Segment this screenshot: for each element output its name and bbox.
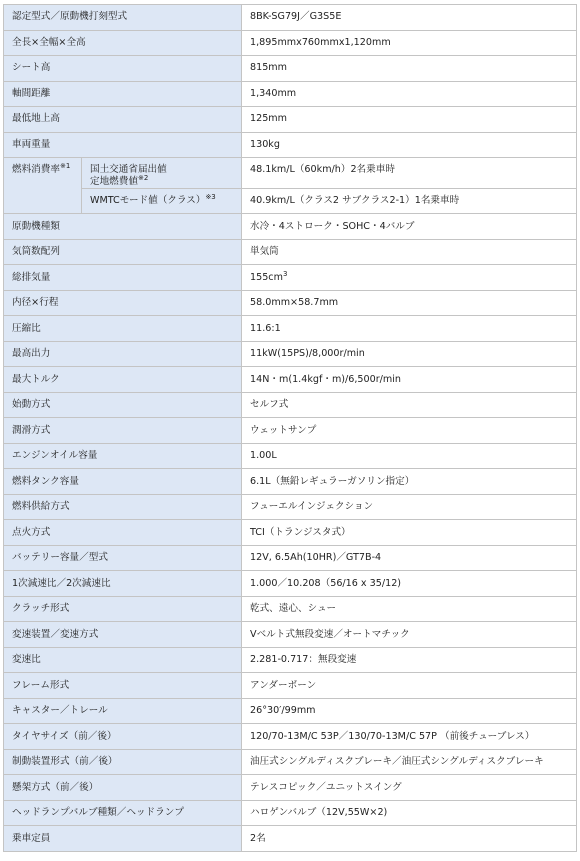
table-row: 全長×全幅×全高1,895mmx760mmx1,120mm: [4, 30, 577, 56]
row-label: 車両重量: [4, 132, 242, 158]
fuel-sub-label-wmtc: WMTCモード値（クラス）※3: [82, 188, 242, 214]
row-label: フレーム形式: [4, 673, 242, 699]
table-row: シート高815mm: [4, 56, 577, 82]
fuel-sub-label-line1: WMTCモード値（クラス）: [90, 195, 205, 206]
table-row: 最低地上高125mm: [4, 107, 577, 133]
row-label: 1次減速比／2次減速比: [4, 571, 242, 597]
table-row: 最高出力11kW(15PS)/8,000r/min: [4, 341, 577, 367]
fuel-row-wmtc: WMTCモード値（クラス）※3 40.9km/L（クラス2 サブクラス2-1）1…: [4, 188, 577, 214]
footnote-mark: ※3: [205, 193, 215, 201]
row-label: ヘッドランプバルブ種類／ヘッドランプ: [4, 800, 242, 826]
row-value: 815mm: [242, 56, 577, 82]
fuel-sub-label-line2: 定地燃費値: [90, 176, 138, 187]
row-value: 130kg: [242, 132, 577, 158]
row-label: 制動装置形式（前／後）: [4, 749, 242, 775]
row-value: 11.6:1: [242, 316, 577, 342]
footnote-mark: ※2: [138, 174, 148, 182]
row-label: 変速比: [4, 647, 242, 673]
row-value: ウェットサンプ: [242, 418, 577, 444]
row-label: 軸間距離: [4, 81, 242, 107]
displacement-value: 155cm: [250, 272, 283, 283]
row-label: 気筒数配列: [4, 239, 242, 265]
row-value: Vベルト式無段変速／オートマチック: [242, 622, 577, 648]
row-value: TCI（トランジスタ式）: [242, 520, 577, 546]
row-value: 125mm: [242, 107, 577, 133]
row-label: 圧縮比: [4, 316, 242, 342]
table-row: 変速比2.281-0.717：無段変速: [4, 647, 577, 673]
row-label: 始動方式: [4, 392, 242, 418]
spec-table: 認定型式／原動機打刻型式8BK-SG79J／G3S5E 全長×全幅×全高1,89…: [3, 4, 577, 852]
table-row: 始動方式セルフ式: [4, 392, 577, 418]
row-label: バッテリー容量／型式: [4, 545, 242, 571]
table-row: 1次減速比／2次減速比1.000／10.208（56/16 x 35/12): [4, 571, 577, 597]
row-label: エンジンオイル容量: [4, 443, 242, 469]
row-value: 2.281-0.717：無段変速: [242, 647, 577, 673]
fuel-label-text: 燃料消費率: [12, 164, 60, 175]
row-value: セルフ式: [242, 392, 577, 418]
row-label: 変速装置／変速方式: [4, 622, 242, 648]
table-row: 懸架方式（前／後）テレスコピック／ユニットスイング: [4, 775, 577, 801]
footnote-mark: ※1: [60, 162, 70, 170]
table-row: クラッチ形式乾式、遠心、シュー: [4, 596, 577, 622]
row-label: 認定型式／原動機打刻型式: [4, 5, 242, 31]
row-value: 1,895mmx760mmx1,120mm: [242, 30, 577, 56]
fuel-sub-label-line1: 国土交通省届出値: [90, 164, 167, 175]
table-row: 最大トルク14N・m(1.4kgf・m)/6,500r/min: [4, 367, 577, 393]
row-value: 14N・m(1.4kgf・m)/6,500r/min: [242, 367, 577, 393]
table-row: 潤滑方式ウェットサンプ: [4, 418, 577, 444]
table-row: 総排気量155cm3: [4, 265, 577, 291]
row-label: 最低地上高: [4, 107, 242, 133]
row-label: 内径×行程: [4, 290, 242, 316]
row-label: 懸架方式（前／後）: [4, 775, 242, 801]
fuel-consumption-label: 燃料消費率※1: [4, 158, 82, 214]
spec-table-container: 認定型式／原動機打刻型式8BK-SG79J／G3S5E 全長×全幅×全高1,89…: [3, 4, 576, 852]
row-value: 6.1L（無鉛レギュラーガソリン指定）: [242, 469, 577, 495]
row-value: 58.0mm×58.7mm: [242, 290, 577, 316]
row-label: シート高: [4, 56, 242, 82]
table-row: 圧縮比11.6:1: [4, 316, 577, 342]
row-value: 1.000／10.208（56/16 x 35/12): [242, 571, 577, 597]
table-row: 内径×行程58.0mm×58.7mm: [4, 290, 577, 316]
row-value: 単気筒: [242, 239, 577, 265]
row-label: 燃料タンク容量: [4, 469, 242, 495]
table-row: キャスター／トレール26°30′/99mm: [4, 698, 577, 724]
table-row: バッテリー容量／型式12V, 6.5Ah(10HR)／GT7B-4: [4, 545, 577, 571]
fuel-row-official: 燃料消費率※1 国土交通省届出値 定地燃費値※2 48.1km/L（60km/h…: [4, 158, 577, 189]
table-row: 変速装置／変速方式Vベルト式無段変速／オートマチック: [4, 622, 577, 648]
row-value: アンダーボーン: [242, 673, 577, 699]
table-row: 車両重量130kg: [4, 132, 577, 158]
table-row: 燃料供給方式フューエルインジェクション: [4, 494, 577, 520]
table-row: 燃料タンク容量6.1L（無鉛レギュラーガソリン指定）: [4, 469, 577, 495]
row-value: 12V, 6.5Ah(10HR)／GT7B-4: [242, 545, 577, 571]
row-label: 潤滑方式: [4, 418, 242, 444]
row-label: 最高出力: [4, 341, 242, 367]
row-label: クラッチ形式: [4, 596, 242, 622]
row-value: テレスコピック／ユニットスイング: [242, 775, 577, 801]
row-value: 8BK-SG79J／G3S5E: [242, 5, 577, 31]
row-value: 155cm3: [242, 265, 577, 291]
row-label: 燃料供給方式: [4, 494, 242, 520]
fuel-value-official: 48.1km/L（60km/h）2名乗車時: [242, 158, 577, 189]
row-label: 点火方式: [4, 520, 242, 546]
table-row: エンジンオイル容量1.00L: [4, 443, 577, 469]
table-row: 制動装置形式（前／後）油圧式シングルディスクブレーキ／油圧式シングルディスクブレ…: [4, 749, 577, 775]
table-row: フレーム形式アンダーボーン: [4, 673, 577, 699]
cubic-superscript: 3: [283, 270, 287, 278]
fuel-value-wmtc: 40.9km/L（クラス2 サブクラス2-1）1名乗車時: [242, 188, 577, 214]
row-label: 乗車定員: [4, 826, 242, 852]
row-value: 11kW(15PS)/8,000r/min: [242, 341, 577, 367]
row-value: 乾式、遠心、シュー: [242, 596, 577, 622]
row-value: 1,340mm: [242, 81, 577, 107]
row-label: タイヤサイズ（前／後）: [4, 724, 242, 750]
row-value: 2名: [242, 826, 577, 852]
row-value: 1.00L: [242, 443, 577, 469]
table-row: 軸間距離1,340mm: [4, 81, 577, 107]
row-value: 水冷・4ストローク・SOHC・4バルブ: [242, 214, 577, 240]
table-row: 原動機種類水冷・4ストローク・SOHC・4バルブ: [4, 214, 577, 240]
table-row: 気筒数配列単気筒: [4, 239, 577, 265]
row-value: フューエルインジェクション: [242, 494, 577, 520]
row-value: 26°30′/99mm: [242, 698, 577, 724]
row-value: ハロゲンバルブ（12V,55W×2): [242, 800, 577, 826]
fuel-sub-label-official: 国土交通省届出値 定地燃費値※2: [82, 158, 242, 189]
row-label: 原動機種類: [4, 214, 242, 240]
table-row: 乗車定員2名: [4, 826, 577, 852]
row-label: 全長×全幅×全高: [4, 30, 242, 56]
row-value: 120/70-13M/C 53P／130/70-13M/C 57P （前後チュー…: [242, 724, 577, 750]
table-row: ヘッドランプバルブ種類／ヘッドランプハロゲンバルブ（12V,55W×2): [4, 800, 577, 826]
row-label: キャスター／トレール: [4, 698, 242, 724]
row-label: 総排気量: [4, 265, 242, 291]
row-label: 最大トルク: [4, 367, 242, 393]
table-row: 点火方式TCI（トランジスタ式）: [4, 520, 577, 546]
table-row: タイヤサイズ（前／後）120/70-13M/C 53P／130/70-13M/C…: [4, 724, 577, 750]
row-value: 油圧式シングルディスクブレーキ／油圧式シングルディスクブレーキ: [242, 749, 577, 775]
table-row: 認定型式／原動機打刻型式8BK-SG79J／G3S5E: [4, 5, 577, 31]
